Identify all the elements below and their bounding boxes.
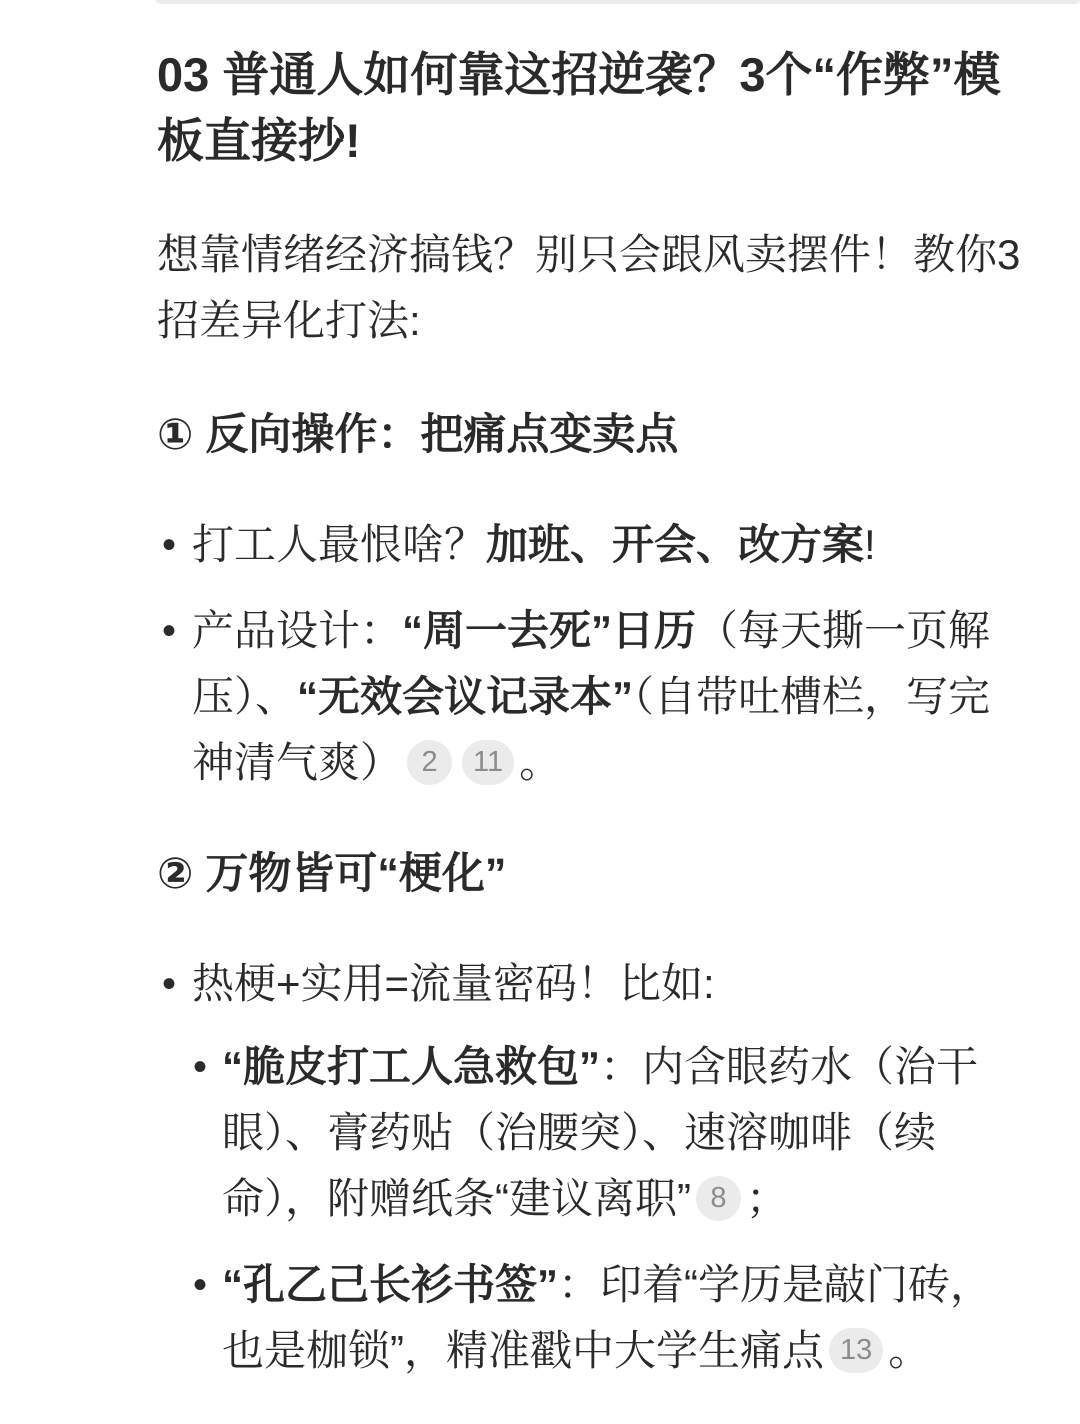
list-item: •“孔乙己长衫书签”：印着“学历是敲门砖，也是枷锁”，精准戳中大学生痛点13。 xyxy=(192,1252,1023,1384)
article-heading: 03 普通人如何靠这招逆袭？3个“作弊”模板直接抄! xyxy=(157,42,1023,174)
list-item: •热梗+实用=流量密码！比如: •“脆皮打工人急救包”：内含眼药水（治干眼）、膏… xyxy=(157,951,1023,1384)
top-divider xyxy=(156,0,1080,4)
list-item: •产品设计：“周一去死”日历（每天撕一页解压）、“无效会议记录本”（自带吐槽栏，… xyxy=(157,598,1023,796)
highlight-text: 加班、开会、改方案 xyxy=(486,521,864,568)
bullet-icon: • xyxy=(162,512,176,578)
section1-list: •打工人最恨啥？加班、开会、改方案! •产品设计：“周一去死”日历（每天撕一页解… xyxy=(157,512,1023,796)
bullet-icon: • xyxy=(162,951,176,1017)
list-item-text: 产品设计： xyxy=(192,607,402,654)
intro-paragraph: 想靠情绪经济搞钱？别只会跟风卖摆件！教你3招差异化打法: xyxy=(157,222,1023,354)
bullet-icon: • xyxy=(193,1252,207,1318)
section2-sublist: •“脆皮打工人急救包”：内含眼药水（治干眼）、膏药贴（治腰突）、速溶咖啡（续命）… xyxy=(192,1034,1023,1384)
citation-badge[interactable]: 8 xyxy=(696,1176,741,1221)
list-item-text: ! xyxy=(864,521,876,568)
section2-list: •热梗+实用=流量密码！比如: •“脆皮打工人急救包”：内含眼药水（治干眼）、膏… xyxy=(157,951,1023,1384)
list-item: •打工人最恨啥？加班、开会、改方案! xyxy=(157,512,1023,578)
section2-title: ② 万物皆可“梗化” xyxy=(157,841,1023,907)
article-content: 03 普通人如何靠这招逆袭？3个“作弊”模板直接抄! 想靠情绪经济搞钱？别只会跟… xyxy=(0,0,1080,1384)
citation-badge[interactable]: 2 xyxy=(407,740,452,785)
list-item: •“脆皮打工人急救包”：内含眼药水（治干眼）、膏药贴（治腰突）、速溶咖啡（续命）… xyxy=(192,1034,1023,1232)
list-item-text: 。 xyxy=(519,739,561,786)
list-item-text: 热梗+实用=流量密码！比如: xyxy=(192,960,715,1007)
citation-badge[interactable]: 13 xyxy=(829,1328,883,1373)
highlight-text: “无效会议记录本” xyxy=(297,673,633,720)
section1-title: ① 反向操作：把痛点变卖点 xyxy=(157,402,1023,468)
citation-badge[interactable]: 11 xyxy=(462,740,514,785)
bullet-icon: • xyxy=(162,598,176,664)
list-item-text: 打工人最恨啥？ xyxy=(192,521,486,568)
bullet-icon: • xyxy=(193,1034,207,1100)
list-item-text: 。 xyxy=(888,1327,930,1374)
list-item-text: ； xyxy=(746,1175,788,1222)
highlight-text: “周一去死”日历 xyxy=(402,607,696,654)
highlight-text: “孔乙己长衫书签” xyxy=(222,1261,558,1308)
highlight-text: “脆皮打工人急救包” xyxy=(222,1043,600,1090)
